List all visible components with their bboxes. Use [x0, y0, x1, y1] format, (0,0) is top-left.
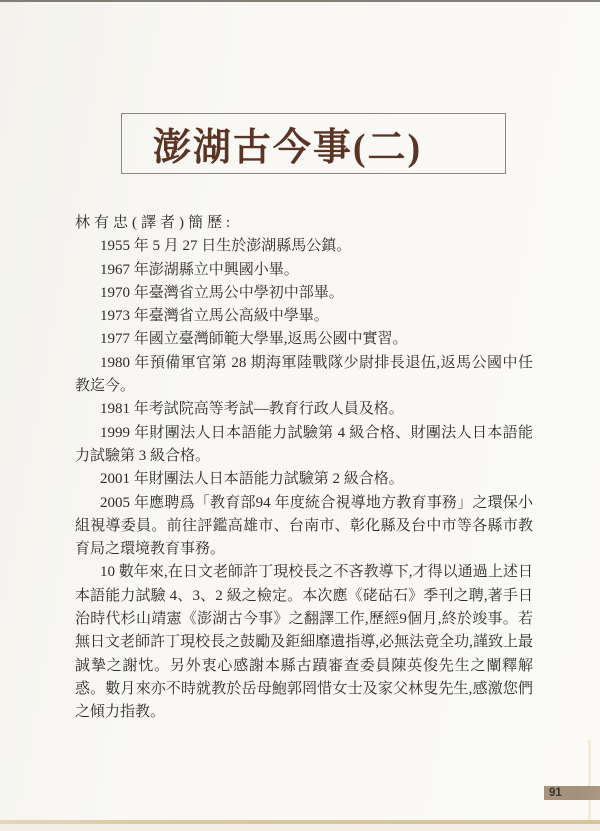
biography-text-block: 林有忠(譯者)簡歷: 1955 年 5 月 27 日生於澎湖縣馬公鎮。 1967… — [75, 212, 533, 725]
bio-paragraph-1970: 1970 年臺灣省立馬公中學初中部畢。 — [75, 282, 533, 305]
bio-paragraph-1955: 1955 年 5 月 27 日生於澎湖縣馬公鎮。 — [75, 235, 533, 258]
bio-paragraph-1967: 1967 年澎湖縣立中興國小畢。 — [75, 259, 533, 282]
bio-paragraph-closing: 10 數年來,在日文老師許丁現校長之不吝教導下,才得以通過上述日本語能力試驗 4… — [75, 561, 533, 724]
chapter-title-box: 澎湖古今事(二) — [121, 113, 506, 174]
bio-paragraph-1980: 1980 年預備軍官第 28 期海軍陸戰隊少尉排長退伍,返馬公國中任教迄今。 — [75, 352, 533, 399]
scan-bottom-margin — [0, 824, 600, 831]
bio-paragraph-1999: 1999 年財團法人日本語能力試驗第 4 級合格、財團法人日本語能力試驗第 3 … — [75, 422, 533, 469]
chapter-title: 澎湖古今事(二) — [153, 116, 422, 171]
page-number: 91 — [549, 787, 562, 799]
bio-paragraph-1981: 1981 年考試院高等考試—教育行政人員及格。 — [75, 398, 533, 421]
scan-top-edge — [0, 0, 600, 2]
page-number-bar: 91 — [544, 786, 600, 800]
bio-paragraph-1977: 1977 年國立臺灣師範大學畢,返馬公國中實習。 — [75, 328, 533, 351]
page-crease — [588, 740, 591, 820]
bio-paragraph-2005: 2005 年應聘爲「教育部94 年度統合視導地方教育事務」之環保小組視導委員。前… — [75, 492, 533, 562]
bio-heading: 林有忠(譯者)簡歷: — [75, 212, 533, 235]
bio-paragraph-1973: 1973 年臺灣省立馬公高級中學畢。 — [75, 305, 533, 328]
scanned-book-page: 澎湖古今事(二) 林有忠(譯者)簡歷: 1955 年 5 月 27 日生於澎湖縣… — [0, 0, 600, 831]
bio-paragraph-2001: 2001 年財團法人日本語能力試驗第 2 級合格。 — [75, 468, 533, 491]
